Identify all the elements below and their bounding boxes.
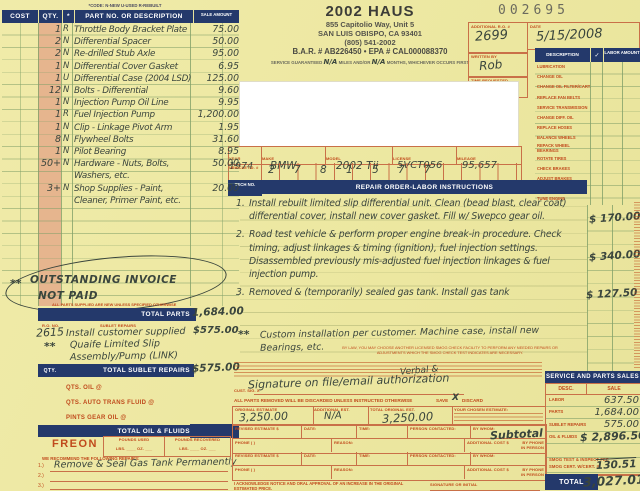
written-by-box: WRITTEN BY Rob [468,52,528,78]
checklist-header: DESCRIPTION ✓ LABOR AMOUNT [535,48,640,62]
part-code: U [63,73,74,84]
sales-row-value: 1,684.00 [586,407,640,418]
pounds-used-label: POUNDS USED [104,437,164,442]
part-code: R [63,109,74,120]
parts-supplied-note: ALL PARTS SUPPLIED ARE NEW UNLESS SPECIF… [52,302,176,307]
table-row: 1 R Fuel Injection Pump 1,200.00 [2,109,239,121]
additional-estimate-value: N/A [324,409,369,422]
discard-label: DISCARD [462,398,483,403]
sales-tax-value: 130.51 [596,458,637,472]
additional-ro-value: 2699 [475,26,528,45]
part-qty: 1 [38,146,63,157]
subtotal-value: $ 2,896.50 [580,429,640,444]
checklist-row: CHECK BRAKES [535,164,640,174]
checklist-item-label: REPLACE HOSES [535,126,592,130]
total-parts-value: 1,684.00 [192,305,244,319]
acknowledgment-text: I ACKNOWLEDGE NOTICE AND ORAL APPROVAL O… [234,481,404,491]
sales-row-label: SUBLET REPAIRS [546,423,586,428]
part-qty: 3+ [38,183,63,194]
part-code: N [63,36,74,47]
checklist-item-label: ROTATE TIRES [535,157,592,161]
labor-instructions-header: REPAIR ORDER-LABOR INSTRUCTIONS [262,180,587,194]
outstanding-note-mark: ** [10,277,22,290]
recommend-line1-rule [50,471,228,472]
checklist-cents-line [622,62,623,205]
parts-rows: 1 R Throttle Body Bracket Plate 75.00 2 … [2,24,239,207]
checklist-item-label: SERVICE TRANSMISSION [535,106,592,110]
shop-phone: (805) 541-2002 [240,38,500,47]
description-header: PART NO. OR DESCRIPTION [75,10,194,23]
table-row: 1 N Injection Pump Oil Line 9.95 [2,97,239,109]
recommend-line2-rule [50,481,228,482]
parts-table-header: COST QTY. * PART NO. OR DESCRIPTION SALE… [2,10,239,23]
checklist-item-label: CHANGE DIFF. OIL [535,116,592,120]
part-qty: 2 [38,36,63,47]
invoice-number: 002695 [498,3,569,18]
part-description: Pilot Bearing [74,146,192,158]
sales-row-label: LABOR [546,398,586,403]
part-description: Clip - Linkage Pivot Arm [74,122,192,134]
part-code: N [63,134,74,145]
part-amount: 1.95 [192,122,242,134]
scanned-repair-invoice: 002695 2002 HAUS 855 Capitolio Way, Unit… [0,0,640,491]
chosen-estimate-box: YOUR CHOSEN ESTIMATE: [452,406,546,426]
part-description: Bolts - Differential [74,85,192,97]
part-qty: 1 [38,24,63,35]
part-code: N [63,146,74,157]
checklist-row: ROTATE TIRES [535,154,640,164]
part-amount: 125.00 [192,73,242,85]
shop-address-2: SAN LUIS OBISPO, CA 93401 [240,29,500,38]
part-qty: 2 [38,48,63,59]
table-row: 2 N Re-drilled Stub Axle 95.00 [2,48,239,60]
part-description: Re-drilled Stub Axle [74,48,192,60]
revised-estimate-row-2: REVISED ESTIMATE $ DATE: TIME: PERSON CO… [232,452,547,481]
part-code: R [63,24,74,35]
checklist-row: SERVICE TRANSMISSION [535,103,640,113]
part-amount: 1,200.00 [192,109,242,121]
ro-no-mark: ** [44,340,56,353]
part-description: Hardware - Nuts, Bolts,Washers, etc. [74,158,192,182]
part-qty: 50+ [38,158,63,169]
checklist-labor-header: LABOR AMOUNT [604,48,640,62]
freon-label: FREON [52,438,98,450]
discard-line: ALL PARTS REMOVED WILL BE DISCARDED UNLE… [234,398,412,403]
checklist-item-label: REPACK WHEEL BEARINGS [535,144,592,153]
sale-amount-header: SALE AMOUNT [194,10,239,23]
shop-header: 2002 HAUS 855 Capitolio Way, Unit 5 SAN … [240,3,500,66]
part-amount: 8.95 [192,146,242,158]
part-description: Flywheel Bolts [74,134,192,146]
part-amount: 50.00 [192,158,242,170]
checklist-row: CHANGE DIFF. OIL [535,113,640,123]
checklist-item-label: CHECK BRAKES [535,167,592,171]
part-description: Shop Supplies - Paint,Cleaner, Primer Pa… [74,183,192,207]
code-header: * [63,10,75,23]
total-sublet-label: TOTAL SUBLET REPAIRS [62,364,194,377]
table-row: 1 R Throttle Body Bracket Plate 75.00 [2,24,239,36]
checklist-item-label: BALANCE WHEELS [535,136,592,140]
checklist-row: REPACK WHEEL BEARINGS [535,144,640,154]
checklist-divider-1 [590,62,591,205]
part-description: Differential Case (2004 LSD) [74,73,192,85]
part-qty: 1 [38,73,63,84]
part-code: N [63,183,74,194]
additional-estimate-box: ADDITIONAL EST. N/A [312,406,369,426]
checklist-row: CHANGE OIL [535,72,640,82]
discard-mark: X [452,393,459,403]
part-code: N [63,97,74,108]
part-description: Differential Spacer [74,36,192,48]
part-description: Injection Pump Oil Line [74,97,192,109]
part-amount: 31.60 [192,134,242,146]
chosen-estimate-fine-print [454,413,543,422]
total-original-estimate-box: TOTAL ORIGINAL EST. 3,250.00 [368,406,453,426]
sales-row: LABOR 637.50 [546,395,640,407]
sublet-qty-label: QTY. [38,364,62,377]
recommend-line1-text: Remove & Seal Gas Tank Permanently [54,456,237,470]
checklist-row: REPLACE HOSES [535,123,640,133]
guarantee-na-months: N/A [372,58,386,66]
vehicle-id-row: VEHICLE I.D. # 2 7 8 1 5 7 7 [228,163,522,181]
part-amount: 6.95 [192,61,242,73]
instruction-item: 3. Removed & (temporarily) sealed gas ta… [236,286,584,299]
signature-or-initial-label: SIGNATURE OR INITIAL [430,482,477,487]
checklist-item-label: CHANGE OIL FILTER/CART. [535,85,592,89]
fluids-rows: QTS. OIL @QTS. AUTO TRANS FLUID @PINTS G… [66,380,196,425]
checklist-item-label: CHANGE OIL [535,75,592,79]
table-row: 1 N Pilot Bearing 8.95 [2,146,239,158]
recommend-line1-no: 1.) [38,463,44,469]
sublet-line2: Quaife Limited Slip [70,338,160,351]
fluid-row-label: PINTS GEAR OIL @ [66,410,196,425]
check-icon: ✓ [591,48,604,62]
checklist-row: LUBRICATION [535,62,640,72]
original-estimate-value: 3,250.00 [239,409,313,425]
table-row: 1 U Differential Case (2004 LSD) 125.00 [2,73,239,85]
pounds-recovered-label: POUNDS RECOVERED [165,437,230,442]
sublet-line3: Assembly/Pump (LINK) [70,350,178,363]
vehicle-id-digits: 2 7 8 1 5 7 7 [262,163,521,180]
sales-row-label: PARTS [546,410,586,415]
part-code: N [63,61,74,72]
additional-ro-box: ADDITIONAL R.O. # 2699 [468,22,528,54]
redacted-customer-info [240,82,518,146]
recommend-line2-no: 2.) [38,473,44,479]
shop-registration: B.A.R. # AB226450 • EPA # CAL000088370 [240,47,500,56]
ro-no-value: 2615 [36,325,65,339]
sales-desc-header: DESC. [546,384,587,394]
table-row: 12 N Bolts - Differential 9.60 [2,85,239,97]
sublet-amount: $575.00 [193,325,239,336]
save-label: SAVE [436,398,448,403]
instruction-item: 2. Road test vehicle & perform proper en… [236,228,584,281]
part-qty: 12 [38,85,63,96]
checklist-item-label: REPLACE FAN BELTS [535,96,592,100]
outstanding-note-line1: OUTSTANDING INVOICE [30,274,177,286]
instruction-text: Install rebuilt limited slip differentia… [249,197,584,223]
freon-box: POUNDS USED LBS. ____ OZ. ___ POUNDS REC… [103,436,231,457]
part-description: Differential Cover Gasket [74,61,192,73]
table-row: 1 N Differential Cover Gasket 6.95 [2,61,239,73]
checklist-description-header: DESCRIPTION [535,48,591,62]
part-qty: 1 [38,61,63,72]
guarantee-na-miles: N/A [324,58,338,66]
part-qty: 1 [38,109,63,120]
service-guarantee: SERVICE GUARANTEED N/A MILES AND/OR N/A … [240,58,500,66]
sales-title: SERVICE AND PARTS SALES [545,371,640,383]
cust-sig-rule [254,394,464,395]
part-code: N [63,122,74,133]
qty-header: QTY. [39,10,63,23]
date-box: DATE 5/15/2008 [527,22,640,50]
part-code: N [63,85,74,96]
sales-row: PARTS 1,684.00 [546,407,640,419]
instruction-text: Road test vehicle & perform proper engin… [249,228,584,281]
part-amount: 9.95 [192,97,242,109]
part-description: Fuel Injection Pump [74,109,192,121]
part-amount: 20.00 [192,183,242,195]
shop-address-1: 855 Capitolio Way, Unit 5 [240,20,500,29]
sales-row-value: 637.50 [586,395,640,406]
instruction-text: Removed & (temporarily) sealed gas tank.… [249,286,509,299]
checklist-row: REPLACE FAN BELTS [535,93,640,103]
sales-total-value: 3,027.01 [583,471,640,489]
fluid-row-label: QTS. AUTO TRANS FLUID @ [66,395,196,410]
written-by-value: Rob [478,55,527,73]
part-description: Throttle Body Bracket Plate [74,24,192,36]
checklist-row: CHANGE OIL FILTER/CART. [535,82,640,92]
subtotal-word: Subtotal [490,427,544,443]
part-qty: 8 [38,134,63,145]
cost-header: COST [2,10,39,23]
total-sublet-value: $575.00 [192,361,240,375]
part-qty: 1 [38,97,63,108]
outstanding-note-line2: NOT PAID [38,290,98,302]
sublet-line1: Install customer supplied [66,326,186,339]
checklist-divider-2 [602,62,603,205]
part-amount: 75.00 [192,24,242,36]
shop-name: 2002 HAUS [240,3,500,20]
sales-sale-header: SALE [587,384,640,394]
table-row: 50+ N Hardware - Nuts, Bolts,Washers, et… [2,158,239,182]
table-row: 3+ N Shop Supplies - Paint,Cleaner, Prim… [2,183,239,207]
instructions-list: 1. Install rebuilt limited slip differen… [236,197,584,304]
checklist-row: BALANCE WHEELS [535,133,640,143]
part-amount: 9.60 [192,85,242,97]
instruction-item: 1. Install rebuilt limited slip differen… [236,197,584,223]
recommend-line3-rule [50,489,228,490]
parts-code-legend: *CODE: N-NEW U-USED R-REBUILT [60,3,190,8]
recommend-line3-no: 3.) [38,483,44,489]
cust-sig-label: CUST. SIG. X [234,388,260,393]
part-code: N [63,158,74,169]
part-qty: 1 [38,122,63,133]
checklist-item-label: LUBRICATION [535,65,592,69]
total-parts-label: TOTAL PARTS [38,308,196,321]
part-amount: 50.00 [192,36,242,48]
part-code: N [63,48,74,59]
table-row: 1 N Clip - Linkage Pivot Arm 1.95 [2,122,239,134]
table-row: 2 N Differential Spacer 50.00 [2,36,239,48]
fluid-row-label: QTS. OIL @ [66,380,196,395]
custom-note-mark: ** [238,328,250,341]
warranty-sidebar-text [634,200,640,368]
smog-choice-note: BY LAW, YOU MAY CHOOSE ANOTHER LICENSED … [340,345,560,355]
original-estimate-box: ORIGINAL ESTIMATE 3,250.00 [232,406,314,426]
part-amount: 95.00 [192,48,242,60]
table-row: 8 N Flywheel Bolts 31.60 [2,134,239,146]
